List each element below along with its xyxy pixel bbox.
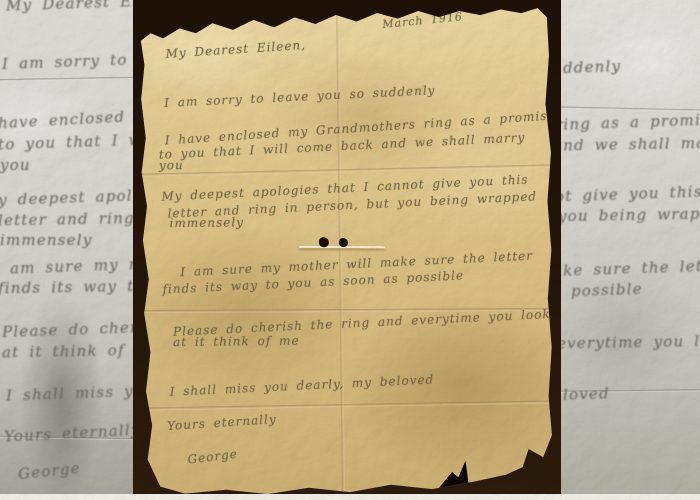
handwriting-line: everytime you look	[561, 331, 700, 352]
letter-date: March 1916	[382, 10, 464, 31]
handwriting-line: ddenly	[563, 57, 622, 77]
bottom-border	[0, 494, 700, 500]
handwriting-line: you	[0, 156, 31, 174]
handwriting-line: at it think of me	[173, 334, 300, 350]
fold-crease	[0, 77, 133, 82]
letter-salutation: My Dearest Eileen,	[165, 38, 306, 61]
letter-paper: March 1916 My Dearest Eileen, I am sorry…	[138, 7, 556, 499]
handwriting-line: am sure my mo	[10, 254, 133, 277]
handwriting-line: I shall miss you dearly, my beloved	[169, 372, 434, 398]
letter-photograph: March 1916 My Dearest Eileen, I am sorry…	[133, 0, 561, 500]
tear-hole	[319, 237, 329, 247]
handwriting-line: finds its way to	[0, 277, 133, 298]
handwriting-line: Please do cherishe	[2, 317, 133, 341]
letter-closing: Yours eternally	[167, 412, 277, 433]
handwriting-line: George	[17, 459, 81, 483]
handwriting-line: ring as a promise	[561, 110, 700, 134]
handwriting-line: to you that I wi	[0, 130, 133, 153]
handwriting-line: I shall miss you	[6, 381, 133, 404]
handwriting-line: immensely	[170, 215, 244, 230]
letter-signature: George	[187, 447, 239, 467]
handwriting-line: you	[159, 158, 184, 172]
handwriting-line: y deepest apologies	[0, 185, 133, 209]
handwriting-line: My Dearest Eile	[6, 0, 133, 15]
handwriting-line: ake sure the letter	[561, 256, 700, 280]
handwriting-line: ot give you this	[561, 182, 700, 205]
tear-hole	[339, 238, 348, 247]
handwriting-line: immensely	[0, 231, 92, 249]
background-letter-left: My Dearest Eile I am sorry to leav have …	[0, 0, 133, 500]
handwriting-line: you being wrap	[561, 205, 700, 225]
torn-corner-mark	[438, 458, 476, 494]
background-letter-right: ddenly ring as a promise and we shall ma…	[561, 0, 700, 500]
handwriting-line: loved	[563, 384, 610, 404]
handwriting-line: letter and ring in	[0, 209, 133, 230]
handwriting-line: I am sorry to leav	[2, 49, 133, 73]
handwriting-line: I am sorry to leave you so suddenly	[164, 83, 436, 110]
handwriting-line: and we shall marry	[561, 133, 700, 154]
photo-of-old-letter: My Dearest Eile I am sorry to leav have …	[0, 0, 700, 500]
handwriting-line: at it think of me	[2, 341, 133, 362]
fold-crease	[336, 9, 345, 496]
handwriting-line: Yours eternally,	[4, 420, 133, 445]
handwriting-line: possible	[571, 280, 643, 300]
fold-crease	[143, 400, 555, 410]
handwriting-line: have enclosed my	[0, 106, 133, 132]
